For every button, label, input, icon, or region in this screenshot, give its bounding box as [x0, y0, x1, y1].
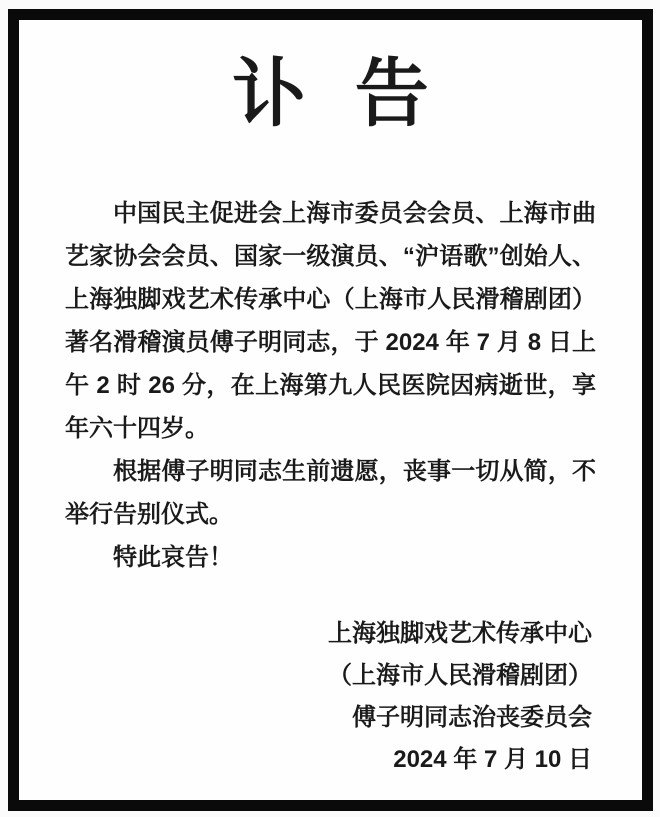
signature-line-committee: 傅子明同志治丧委员会 — [19, 697, 592, 739]
notice-paragraph-biography: 中国民主促进会上海市委员会会员、上海市曲艺家协会会员、国家一级演员、“沪语歌”创… — [65, 192, 596, 450]
signature-line-date: 2024 年 7 月 10 日 — [19, 739, 592, 781]
signature-block: 上海独脚戏艺术传承中心 （上海市人民滑稽剧团） 傅子明同志治丧委员会 2024 … — [19, 613, 642, 781]
notice-border-frame: 讣 告 中国民主促进会上海市委员会会员、上海市曲艺家协会会员、国家一级演员、“沪… — [8, 9, 653, 811]
notice-body: 中国民主促进会上海市委员会会员、上海市曲艺家协会会员、国家一级演员、“沪语歌”创… — [19, 192, 642, 579]
notice-title: 讣 告 — [19, 50, 642, 139]
notice-paragraph-closing: 特此哀告！ — [65, 536, 596, 579]
obituary-notice-page: 讣 告 中国民主促进会上海市委员会会员、上海市曲艺家协会会员、国家一级演员、“沪… — [0, 0, 660, 817]
signature-line-org-alt: （上海市人民滑稽剧团） — [19, 655, 592, 697]
notice-paragraph-arrangements: 根据傅子明同志生前遗愿，丧事一切从简，不举行告别仪式。 — [65, 450, 596, 536]
signature-line-org: 上海独脚戏艺术传承中心 — [19, 613, 592, 655]
